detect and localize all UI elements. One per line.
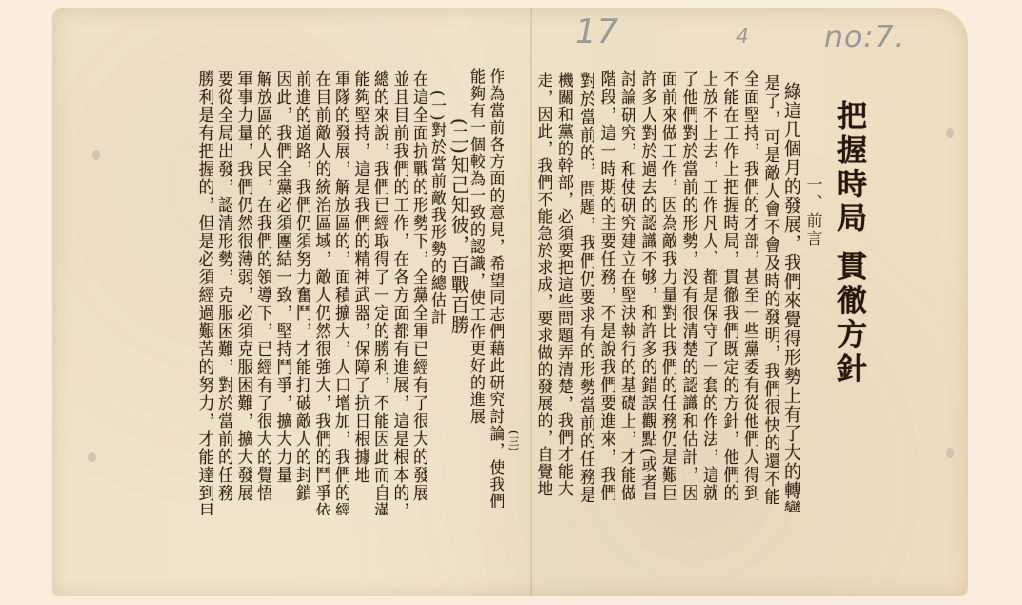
- pencil-annotation-middle: 4: [736, 24, 749, 48]
- section-heading: 一、前言: [802, 176, 825, 248]
- text-column: 前進的道路，我們仍須努力奮鬥，才能打破敵人的封鎖: [293, 70, 310, 515]
- text-column: 軍事力量，我們仍然很薄弱，必須克服困難，擴大發展: [235, 70, 252, 515]
- text-column: (二)知己知彼，百戰百勝: [449, 118, 468, 378]
- text-column: 作為當前各方面的意見，希望同志們藉此研究討論，使我們: [488, 68, 504, 508]
- text-column: 勝利是有把握的，但是必須經過艱苦的努力，才能達到目的: [196, 70, 213, 515]
- text-column: (一)對於當前敵我形勢的總估計: [430, 90, 446, 330]
- text-column: 了他們對於當前的形勢，没有很清楚的認識和估計，因此我們要覺: [680, 70, 697, 500]
- text-column: 軍隊的發展，解放區的，面積擴大，人口增加，我們的經濟: [332, 70, 349, 515]
- text-column: 對於當前的，問題，我們仍要求有的形勢當前的任務是大的小: [577, 72, 594, 502]
- paper-stain: [946, 128, 954, 138]
- paper-stain: [92, 150, 100, 160]
- text-column: 總的來說，我們已經取得了一定的勝利，不能因此而自滿: [371, 70, 388, 515]
- text-column: 討論研究，和使研究建立在堅決執行的基礎上，才能做到前的一致: [618, 70, 635, 500]
- text-column: 在目前敵人的統治區域，敵人仍然很強大，我們的鬥爭依然是艱苦: [313, 70, 330, 515]
- page-fold: [530, 8, 532, 596]
- inline-marker: (三): [508, 430, 519, 450]
- text-column: 要從全局出發，認清形勢，克服困難，對於當前的任務: [215, 70, 232, 515]
- text-column: 全面堅持，我們的才部，甚至一些黨委有從他們人得到，這: [741, 70, 758, 500]
- text-column: 能夠堅持，這是我們的精神武器，保障了抗日根據地: [352, 70, 369, 515]
- paper-stain: [88, 452, 96, 462]
- text-column: 機關和黨的幹部，必須要把這些問題弄清楚，我們才能大力地動: [557, 72, 573, 497]
- document-title: 把握時局 貫徹方針: [826, 100, 870, 386]
- text-column: 並且目前我們的工作，在各方面都有進展，這是根本的，並且: [391, 70, 408, 515]
- paper-stain: [946, 448, 954, 458]
- text-column: 不能在工作上把握時局，貫徹我們既定的方針，他們的思想: [721, 70, 738, 500]
- text-column: 走，因此，我們不能急於求成，要求做的發展的，自覺地服從其他具體: [536, 72, 552, 497]
- text-column: 是了，可是敵人會不會及時的發明，我們很快的還不能提: [762, 74, 779, 504]
- text-column: 綠這几個月的發展，我們來覺得形勢上有了大的轉變: [782, 82, 800, 512]
- text-column: 許多人對於過去的認識不够，和許多的錯誤觀點(或者是說法): [639, 70, 656, 500]
- text-column: 上放不上去，工作凡人、都是保守了一套的作法，這就說明: [700, 70, 717, 500]
- pencil-annotation-left: 17: [575, 12, 618, 52]
- text-column: 在這全面抗戰的形勢下，全黨全軍已經有了很大的發展: [410, 70, 427, 510]
- text-column: 解放區的人民，在我們的領導下，已經有了很大的覺悟: [254, 70, 271, 515]
- pencil-annotation-number: no:7.: [824, 20, 905, 55]
- text-column: 因此，我們全黨必須團結一致，堅持鬥爭，擴大力量: [274, 70, 291, 515]
- text-column: 階段，這一時期的主要任務，不是說我們要進來，我們是要大事的發展: [598, 70, 615, 500]
- text-column: 面前來做工作，因為敵我力量對比我們的任務仍是艱巨的: [659, 70, 676, 500]
- text-column: 能夠有一個較為一致的認識，使工作更好的進展: [469, 68, 485, 508]
